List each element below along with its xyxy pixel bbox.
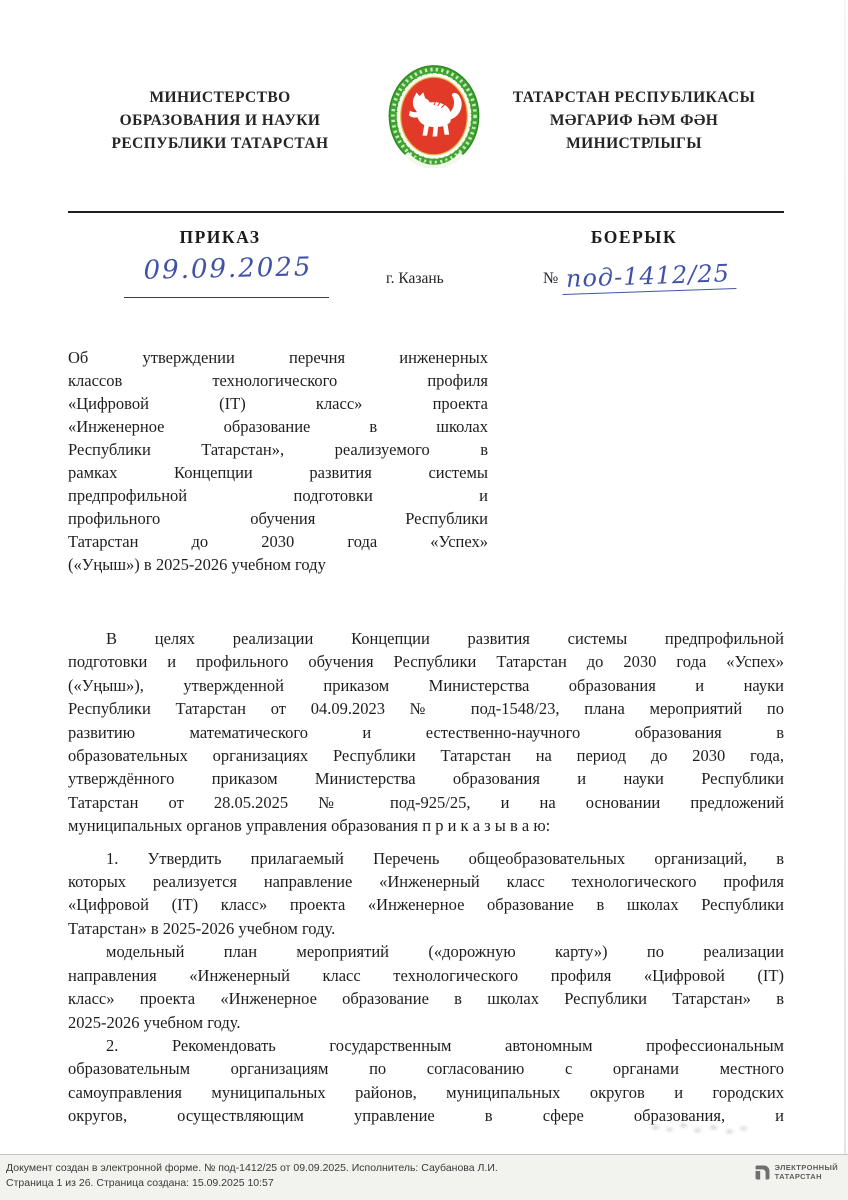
text-line: утверждённого приказом Министерства обра… bbox=[68, 767, 784, 790]
text-line: Татарстан» в 2025-2026 учебном году. bbox=[68, 917, 784, 940]
text-line: класс» проекта «Инженерное образование в… bbox=[68, 987, 784, 1010]
text-line: 2. Рекомендовать государственным автоном… bbox=[68, 1034, 784, 1057]
text-line: Об утверждении перечня инженерных bbox=[68, 346, 488, 369]
scan-smudge bbox=[652, 1120, 772, 1138]
footer-info: Документ создан в электронной форме. № п… bbox=[6, 1161, 498, 1190]
text-line: Татарстан до 2030 года «Успех» bbox=[68, 530, 488, 553]
header-divider bbox=[68, 211, 784, 213]
footer-line-1: Документ создан в электронной форме. № п… bbox=[6, 1161, 498, 1176]
text-line: которых реализуется направление «Инженер… bbox=[68, 870, 784, 893]
electronic-document-footer: Документ создан в электронной форме. № п… bbox=[0, 1154, 848, 1200]
text-line: МИНИСТЕРСТВО bbox=[74, 86, 366, 109]
text-line: («Уңыш») в 2025-2026 учебном году bbox=[68, 553, 488, 576]
scan-edge-line bbox=[844, 0, 846, 1200]
text-line: 2025-2026 учебном году. bbox=[68, 1011, 784, 1034]
text-line: «Цифровой (IT) класс» проекта bbox=[68, 392, 488, 415]
text-line: ТАТАРСТАН РЕСПУБЛИКАСЫ bbox=[486, 86, 782, 109]
paragraph-roadmap: модельный план мероприятий («дорожную ка… bbox=[68, 940, 784, 1034]
scanned-order-page: МИНИСТЕРСТВООБРАЗОВАНИЯ И НАУКИРЕСПУБЛИК… bbox=[0, 0, 848, 1200]
text-line: рамках Концепции развития системы bbox=[68, 461, 488, 484]
handwritten-number: под-1412/25 bbox=[562, 259, 737, 295]
text-line: образовательным организациям по согласов… bbox=[68, 1057, 784, 1080]
text-line: профильного обучения Республики bbox=[68, 507, 488, 530]
date-underline bbox=[124, 297, 329, 298]
tatarstan-coat-of-arms-icon bbox=[388, 64, 480, 168]
text-line: Татарстан от 28.05.2025 № под-925/25, и … bbox=[68, 791, 784, 814]
text-line: образовательных организациях Республики … bbox=[68, 744, 784, 767]
text-line: В целях реализации Концепции развития си… bbox=[68, 627, 784, 650]
electronic-tatarstan-logo-icon bbox=[754, 1164, 771, 1181]
text-line: «Инженерное образование в школах bbox=[68, 415, 488, 438]
number-sign: № bbox=[543, 270, 558, 287]
handwritten-date: 09.09.2025 bbox=[128, 252, 329, 286]
text-line: ТАТАРСТАН bbox=[775, 1173, 838, 1182]
text-line: «Цифровой (IT) класс» проекта «Инженерно… bbox=[68, 893, 784, 916]
text-line: предпрофильной подготовки и bbox=[68, 484, 488, 507]
ministry-name-tatar: ТАТАРСТАН РЕСПУБЛИКАСЫМӘГАРИФ ҺӘМ ФӘНМИН… bbox=[486, 86, 782, 155]
text-line: самоуправления муниципальных районов, му… bbox=[68, 1081, 784, 1104]
order-body: В целях реализации Концепции развития си… bbox=[68, 627, 784, 1128]
text-line: модельный план мероприятий («дорожную ка… bbox=[68, 940, 784, 963]
text-line: Республики Татарстан от 04.09.2023 № под… bbox=[68, 697, 784, 720]
footer-line-2: Страница 1 из 26. Страница создана: 15.0… bbox=[6, 1176, 498, 1191]
text-line: подготовки и профильного обучения Респуб… bbox=[68, 650, 784, 673]
paragraph-item-1: 1. Утвердить прилагаемый Перечень общеоб… bbox=[68, 847, 784, 941]
text-line: развитию математического и естественно-н… bbox=[68, 721, 784, 744]
text-line: муниципальных органов управления образов… bbox=[68, 814, 784, 837]
paragraph-item-2: 2. Рекомендовать государственным автоном… bbox=[68, 1034, 784, 1128]
paragraph-preamble: В целях реализации Концепции развития си… bbox=[68, 627, 784, 838]
text-line: («Уңыш»), утвержденной приказом Министер… bbox=[68, 674, 784, 697]
text-line: классов технологического профиля bbox=[68, 369, 488, 392]
logo-text: ЭЛЕКТРОННЫЙТАТАРСТАН bbox=[775, 1164, 838, 1181]
text-line: 1. Утвердить прилагаемый Перечень общеоб… bbox=[68, 847, 784, 870]
text-line: направления «Инженерный класс технологич… bbox=[68, 964, 784, 987]
text-line: МИНИСТРЛЫГЫ bbox=[486, 132, 782, 155]
order-title-russian: ПРИКАЗ bbox=[74, 227, 366, 248]
city-label: г. Казань bbox=[386, 270, 444, 288]
order-number: №под-1412/25 bbox=[543, 262, 736, 292]
order-subject: Об утверждении перечня инженерныхклассов… bbox=[68, 346, 488, 576]
electronic-tatarstan-logo: ЭЛЕКТРОННЫЙТАТАРСТАН bbox=[754, 1164, 838, 1181]
text-line: ОБРАЗОВАНИЯ И НАУКИ bbox=[74, 109, 366, 132]
text-line: РЕСПУБЛИКИ ТАТАРСТАН bbox=[74, 132, 366, 155]
text-line: МӘГАРИФ ҺӘМ ФӘН bbox=[486, 109, 782, 132]
text-line: Республики Татарстан», реализуемого в bbox=[68, 438, 488, 461]
order-title-tatar: БОЕРЫК bbox=[486, 227, 782, 248]
ministry-name-russian: МИНИСТЕРСТВООБРАЗОВАНИЯ И НАУКИРЕСПУБЛИК… bbox=[74, 86, 366, 155]
